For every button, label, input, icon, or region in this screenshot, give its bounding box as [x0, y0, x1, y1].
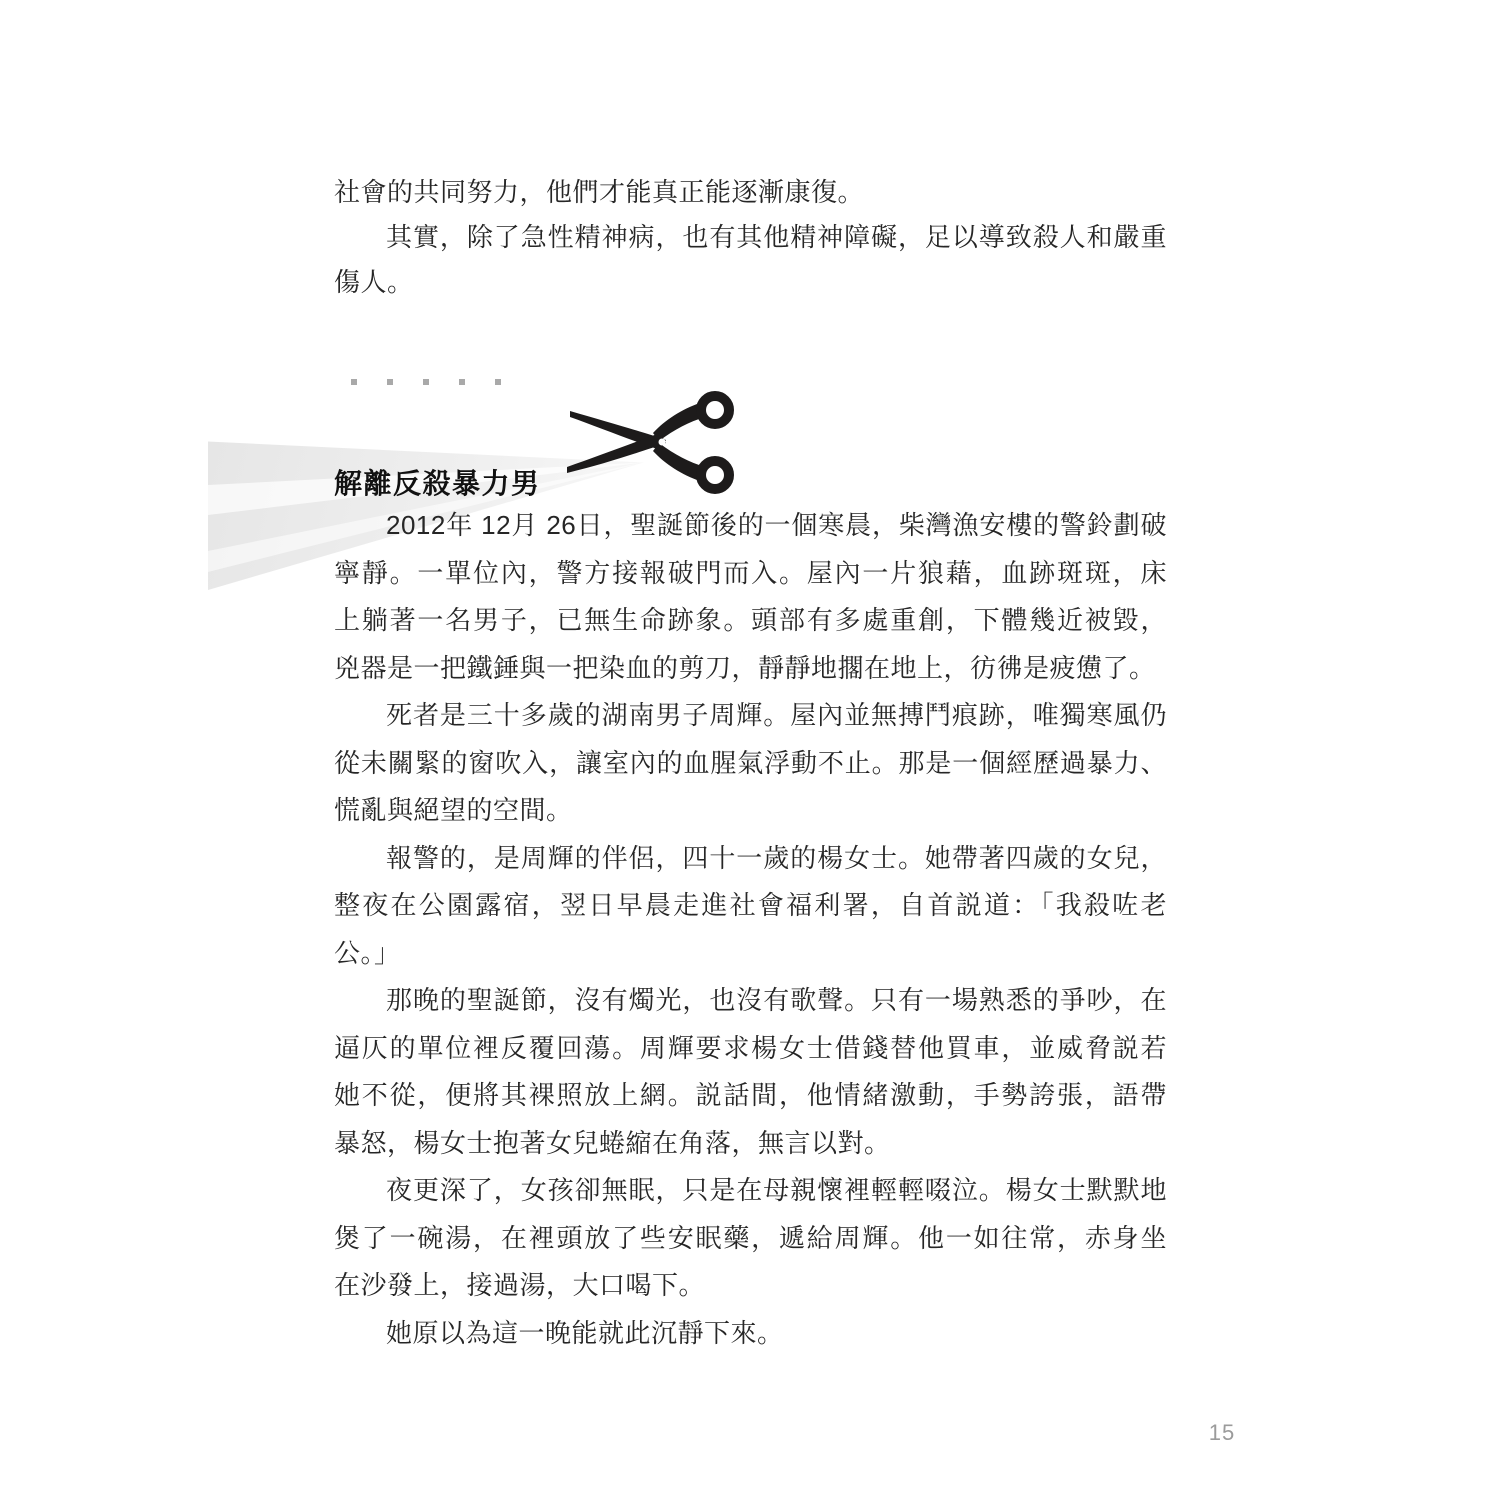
text-line: 夜更深了，女孩卻無眠，只是在母親懷裡輕輕啜泣。楊女士默默地	[334, 1167, 1167, 1215]
text-line: 公。」	[334, 930, 1167, 978]
section-divider-dots	[351, 379, 501, 385]
scissors-icon	[563, 391, 741, 497]
section-body: 2012年 12月 26日，聖誕節後的一個寒晨，柴灣漁安樓的警鈴劃破寧靜。一單位…	[334, 502, 1167, 1357]
text-line: 寧靜。一單位內，警方接報破門而入。屋內一片狼藉，血跡斑斑，床	[334, 550, 1167, 598]
divider-dot	[423, 379, 429, 385]
divider-dot	[387, 379, 393, 385]
text-line: 社會的共同努力，他們才能真正能逐漸康復。	[334, 170, 1167, 215]
section-heading: 解離反殺暴力男	[334, 462, 541, 502]
text-line: 其實，除了急性精神病，也有其他精神障礙，足以導致殺人和嚴重	[334, 215, 1167, 260]
text-line: 那晚的聖誕節，沒有燭光，也沒有歌聲。只有一場熟悉的爭吵，在	[334, 977, 1167, 1025]
text-line: 整夜在公園露宿，翌日早晨走進社會福利署，自首説道：「我殺咗老	[334, 882, 1167, 930]
text-line: 報警的，是周輝的伴侶，四十一歲的楊女士。她帶著四歲的女兒，	[334, 835, 1167, 883]
text-line: 在沙發上，接過湯，大口喝下。	[334, 1262, 1167, 1310]
text-line: 傷人。	[334, 260, 1167, 305]
text-line: 她不從，便將其裸照放上網。説話間，他情緒激動，手勢誇張，語帶	[334, 1072, 1167, 1120]
divider-dot	[459, 379, 465, 385]
text-line: 死者是三十多歲的湖南男子周輝。屋內並無搏鬥痕跡，唯獨寒風仍	[334, 692, 1167, 740]
text-line: 上躺著一名男子，已無生命跡象。頭部有多處重創，下體幾近被毀，	[334, 597, 1167, 645]
text-line: 兇器是一把鐵錘與一把染血的剪刀，靜靜地擱在地上，彷彿是疲憊了。	[334, 645, 1167, 693]
text-line: 煲了一碗湯，在裡頭放了些安眠藥，遞給周輝。他一如往常，赤身坐	[334, 1215, 1167, 1263]
text-line: 逼仄的單位裡反覆回蕩。周輝要求楊女士借錢替他買車，並威脅説若	[334, 1025, 1167, 1073]
intro-paragraphs: 社會的共同努力，他們才能真正能逐漸康復。其實，除了急性精神病，也有其他精神障礙，…	[334, 170, 1167, 305]
text-line: 暴怒，楊女士抱著女兒蜷縮在角落，無言以對。	[334, 1120, 1167, 1168]
text-line: 慌亂與絕望的空間。	[334, 787, 1167, 835]
text-line: 2012年 12月 26日，聖誕節後的一個寒晨，柴灣漁安樓的警鈴劃破	[334, 502, 1167, 550]
book-page: 社會的共同努力，他們才能真正能逐漸康復。其實，除了急性精神病，也有其他精神障礙，…	[0, 0, 1500, 1500]
text-line: 從未關緊的窗吹入，讓室內的血腥氣浮動不止。那是一個經歷過暴力、	[334, 740, 1167, 788]
page-number: 15	[1196, 1420, 1248, 1446]
text-line: 她原以為這一晚能就此沉靜下來。	[334, 1310, 1167, 1358]
divider-dot	[495, 379, 501, 385]
divider-dot	[351, 379, 357, 385]
